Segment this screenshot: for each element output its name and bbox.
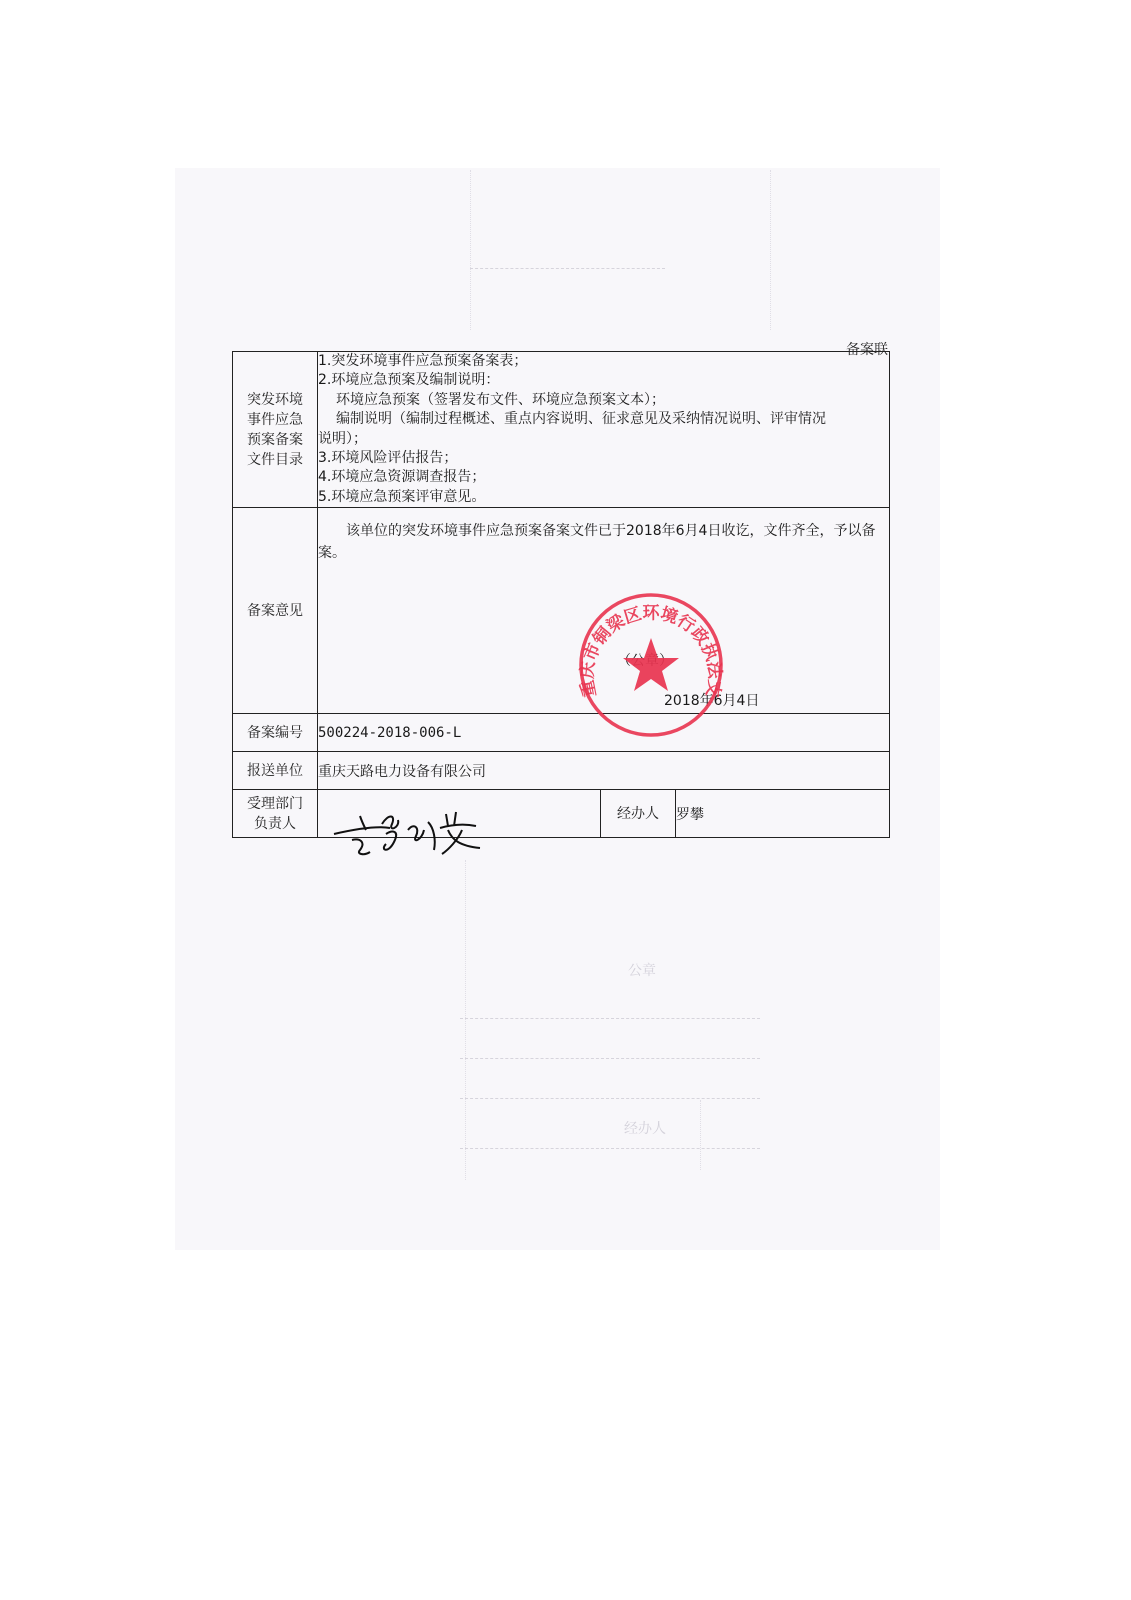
catalog-item: 2.环境应急预案及编制说明： — [318, 371, 889, 390]
label-line: 突发环境 — [233, 390, 317, 410]
opinion-text: 该单位的突发环境事件应急预案备案文件已于2018年6月4日收讫，文件齐全，予以备… — [318, 508, 889, 564]
showthrough-line — [470, 268, 665, 270]
showthrough-line — [770, 170, 772, 330]
showthrough-line — [460, 1058, 760, 1060]
opinion-row: 备案意见 该单位的突发环境事件应急预案备案文件已于2018年6月4日收讫，文件齐… — [233, 508, 890, 714]
catalog-item: 1.突发环境事件应急预案备案表； — [318, 352, 889, 371]
showthrough-line — [700, 1100, 702, 1170]
responsible-label: 受理部门 负责人 — [233, 790, 318, 838]
opinion-content: 该单位的突发环境事件应急预案备案文件已于2018年6月4日收讫，文件齐全，予以备… — [318, 508, 890, 714]
label-line: 事件应急 — [233, 410, 317, 430]
catalog-item: 3.环境风险评估报告； — [318, 449, 889, 468]
opinion-label: 备案意见 — [233, 508, 318, 714]
catalog-row: 突发环境 事件应急 预案备案 文件目录 1.突发环境事件应急预案备案表； 2.环… — [233, 352, 890, 508]
submitting-unit-value: 重庆天路电力设备有限公司 — [318, 752, 890, 790]
filing-number-label: 备案编号 — [233, 714, 318, 752]
catalog-item: 5.环境应急预案评审意见。 — [318, 488, 889, 507]
catalog-item: 环境应急预案（签署发布文件、环境应急预案文本）； — [318, 391, 889, 410]
label-line: 预案备案 — [233, 430, 317, 450]
catalog-item: 编制说明（编制过程概述、重点内容说明、征求意见及采纳情况说明、评审情况 — [318, 410, 889, 429]
handler-label: 经办人 — [601, 790, 676, 838]
showthrough-text: 公章 — [628, 960, 656, 980]
filing-number-row: 备案编号 500224-2018-006-L — [233, 714, 890, 752]
catalog-content: 1.突发环境事件应急预案备案表； 2.环境应急预案及编制说明： 环境应急预案（签… — [318, 352, 890, 508]
showthrough-line — [465, 860, 467, 1180]
submitting-unit-label: 报送单位 — [233, 752, 318, 790]
catalog-item: 4.环境应急资源调查报告； — [318, 468, 889, 487]
label-line: 负责人 — [233, 814, 317, 834]
showthrough-text: 经办人 — [624, 1118, 666, 1138]
handler-name: 罗攀 — [676, 790, 890, 838]
showthrough-line — [460, 1018, 760, 1020]
showthrough-line — [460, 1098, 760, 1100]
label-line: 受理部门 — [233, 794, 317, 814]
submitting-unit-row: 报送单位 重庆天路电力设备有限公司 — [233, 752, 890, 790]
handwritten-signature-icon — [330, 800, 490, 860]
catalog-item: 说明）； — [318, 430, 889, 449]
showthrough-line — [460, 1148, 760, 1150]
showthrough-line — [470, 170, 472, 330]
catalog-label: 突发环境 事件应急 预案备案 文件目录 — [233, 352, 318, 508]
official-stamp-icon: 重庆市铜梁区环境行政执法支队 — [576, 590, 726, 740]
filing-form-table: 突发环境 事件应急 预案备案 文件目录 1.突发环境事件应急预案备案表； 2.环… — [232, 351, 890, 838]
label-line: 文件目录 — [233, 450, 317, 470]
